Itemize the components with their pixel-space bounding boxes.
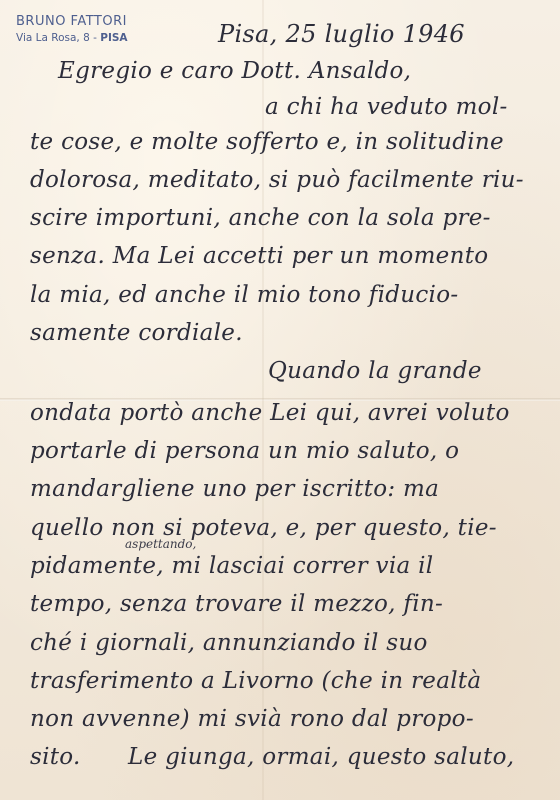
inserted-word: aspettando, xyxy=(125,537,196,551)
letter-line: dolorosa, meditato, si può facilmente ri… xyxy=(30,167,524,193)
letter-line: portarle di persona un mio saluto, o xyxy=(30,438,459,464)
letter-line: ondata portò anche Lei qui, avrei voluto xyxy=(30,400,510,426)
letter-line: sito. xyxy=(30,744,81,770)
letter-line: senza. Ma Lei accetti per un momento xyxy=(30,243,488,269)
letterhead-name: BRUNO FATTORI xyxy=(16,14,128,29)
letter-line: la mia, ed anche il mio tono fiducio- xyxy=(30,282,458,308)
letter-line: quello non si poteva, e, per questo, tie… xyxy=(30,515,497,541)
letter-line: scire importuni, anche con la sola pre- xyxy=(30,205,491,231)
letterhead: BRUNO FATTORI Via La Rosa, 8 - PISA xyxy=(16,14,128,44)
letter-line: trasferimento a Livorno (che in realtà xyxy=(30,668,481,694)
letterhead-street: Via La Rosa, 8 - xyxy=(16,32,100,44)
letter-line: tempo, senza trovare il mezzo, fin- xyxy=(30,591,443,617)
dateline: Pisa, 25 luglio 1946 xyxy=(218,20,465,48)
letter-line: Quando la grande xyxy=(268,358,482,384)
letter-line: pidamente, mi lasciai correr via il xyxy=(30,553,433,579)
letter-line: samente cordiale. xyxy=(30,320,243,346)
letterhead-city: PISA xyxy=(100,32,127,44)
letter-line: Le giunga, ormai, questo saluto, xyxy=(128,744,514,770)
letter-line: non avvenne) mi svià rono dal propo- xyxy=(30,706,474,732)
letter-line: te cose, e molte sofferto e, in solitudi… xyxy=(30,129,504,155)
letterhead-address: Via La Rosa, 8 - PISA xyxy=(16,32,128,44)
letter-line: a chi ha veduto mol- xyxy=(265,94,508,120)
letter-line: mandargliene uno per iscritto: ma xyxy=(30,476,439,502)
letter-line: ché i giornali, annunziando il suo xyxy=(30,630,428,656)
salutation: Egregio e caro Dott. Ansaldo, xyxy=(58,58,411,84)
